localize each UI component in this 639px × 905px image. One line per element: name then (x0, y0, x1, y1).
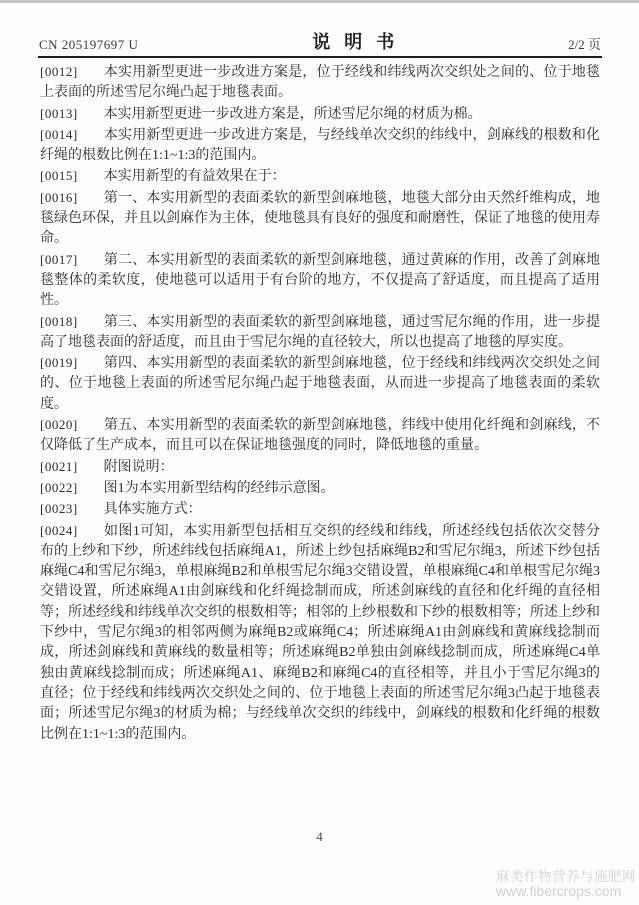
paragraph-text: 本实用新型更进一步改进方案是，与经线单次交织的纬线中，剑麻线的根数和化纤绳的根数… (40, 128, 600, 163)
paragraph-tag: [0018] (40, 314, 78, 329)
paragraph-text: 第五、本实用新型的表面柔软的新型剑麻地毯，纬线中使用化纤绳和剑麻线，不仅降低了生… (40, 418, 600, 453)
watermark-site-url: www.fibercrops.com (496, 884, 636, 899)
paragraph-tag: [0017] (40, 252, 78, 267)
paragraph-text: 第二、本实用新型的表面柔软的新型剑麻地毯，通过黄麻的作用，改善了剑麻地毯整体的柔… (40, 253, 600, 309)
paragraph-text: 本实用新型的有益效果在于： (104, 169, 286, 184)
paragraph-0019: [0019]第四、本实用新型的表面柔软的新型剑麻地毯，位于经线和纬线两次交织处之… (40, 353, 600, 415)
paragraph-tag: [0012] (40, 64, 78, 79)
paragraph-0015: [0015]本实用新型的有益效果在于： (40, 166, 600, 187)
paragraph-text: 具体实施方式： (104, 502, 202, 517)
patent-description-page: CN 205197697 U 说明书 2/2 页 [0012]本实用新型更进一步… (0, 0, 639, 905)
scan-edge (0, 0, 639, 3)
paragraph-0018: [0018]第三、本实用新型的表面柔软的新型剑麻地毯，通过雪尼尔绳的作用，进一步… (40, 312, 600, 354)
page-indicator: 2/2 页 (568, 34, 601, 54)
paragraph-text: 本实用新型更进一步改进方案是，所述雪尼尔绳的材质为棉。 (104, 107, 482, 122)
paragraph-text: 第三、本实用新型的表面柔软的新型剑麻地毯，通过雪尼尔绳的作用，进一步提高了地毯表… (40, 315, 600, 350)
page-header: CN 205197697 U 说明书 2/2 页 (39, 30, 601, 54)
paragraph-0024: [0024]如图1可知，本实用新型包括相互交织的经线和纬线，所述经线包括依次交替… (40, 521, 600, 745)
header-divider (38, 56, 602, 58)
paragraph-tag: [0013] (40, 106, 78, 121)
paragraph-text: 附图说明： (104, 460, 174, 475)
paragraph-tag: [0019] (40, 355, 78, 370)
paragraph-tag: [0021] (40, 459, 78, 474)
paragraph-text: 第一、本实用新型的表面柔软的新型剑麻地毯，地毯大部分由天然纤维构成，地毯绿色环保… (40, 191, 600, 247)
paragraph-0023: [0023]具体实施方式： (40, 499, 600, 520)
paragraph-tag: [0020] (40, 417, 78, 432)
description-body: [0012]本实用新型更进一步改进方案是，位于经线和纬线两次交织处之间的、位于地… (40, 62, 600, 745)
paragraph-tag: [0023] (40, 501, 78, 516)
watermark: 麻类作物营养与施肥网 www.fibercrops.com (496, 869, 636, 899)
paragraph-0013: [0013]本实用新型更进一步改进方案是，所述雪尼尔绳的材质为棉。 (40, 104, 600, 125)
paragraph-tag: [0022] (40, 480, 78, 495)
paragraph-text: 图1为本实用新型结构的经纬示意图。 (104, 481, 335, 496)
paragraph-0021: [0021]附图说明： (40, 457, 600, 478)
paragraph-text: 如图1可知，本实用新型包括相互交织的经线和纬线，所述经线包括依次交替分布的上纱和… (40, 524, 600, 742)
paragraph-0022: [0022]图1为本实用新型结构的经纬示意图。 (40, 478, 600, 499)
paragraph-0016: [0016]第一、本实用新型的表面柔软的新型剑麻地毯，地毯大部分由天然纤维构成，… (40, 188, 600, 250)
document-number: CN 205197697 U (39, 37, 138, 54)
paragraph-text: 第四、本实用新型的表面柔软的新型剑麻地毯，位于经线和纬线两次交织处之间的、位于地… (40, 356, 600, 412)
paragraph-0012: [0012]本实用新型更进一步改进方案是，位于经线和纬线两次交织处之间的、位于地… (40, 62, 600, 104)
paragraph-text: 本实用新型更进一步改进方案是，位于经线和纬线两次交织处之间的、位于地毯上表面的所… (40, 65, 600, 100)
paragraph-tag: [0024] (40, 523, 78, 538)
paragraph-0017: [0017]第二、本实用新型的表面柔软的新型剑麻地毯，通过黄麻的作用，改善了剑麻… (40, 250, 600, 312)
footer-page-number: 4 (0, 829, 639, 845)
document-title: 说明书 (312, 28, 408, 54)
paragraph-tag: [0014] (40, 127, 78, 142)
paragraph-0014: [0014]本实用新型更进一步改进方案是，与经线单次交织的纬线中，剑麻线的根数和… (40, 125, 600, 167)
paragraph-tag: [0016] (40, 190, 78, 205)
paragraph-tag: [0015] (40, 168, 78, 183)
paragraph-0020: [0020]第五、本实用新型的表面柔软的新型剑麻地毯，纬线中使用化纤绳和剑麻线，… (40, 415, 600, 457)
watermark-site-name: 麻类作物营养与施肥网 (496, 869, 636, 884)
